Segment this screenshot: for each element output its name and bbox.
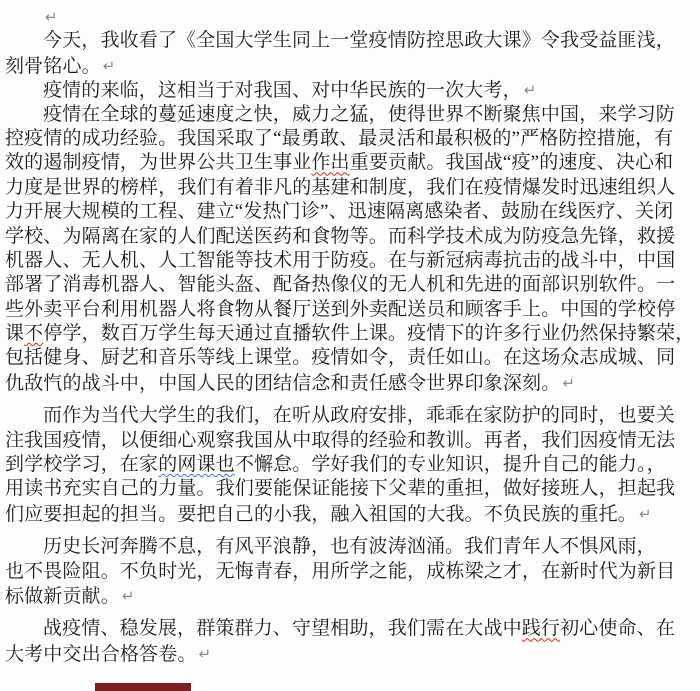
text-run: 刻骨铭心。 [5,56,101,77]
text-line: 到学校学习，在家的网课也不懈怠。学好我们的专业知识，提升自己的能力。， [5,453,695,477]
text-run: 停学，数百万学生每天通过直播软件上课。疫情下的许多行业仍然保持繁荣， [43,323,694,344]
text-run: 包括健身、厨艺和音乐等线上课堂。疫情如令，责任如山。在这场众志成城、同 [5,347,675,368]
text-run: 学校、为隔离在家的人们配送医药和食物等。而科学技术成为防疫急先锋，救援 [5,226,675,247]
text-run: 效的遏制疫情，为世界公共卫生事业 [5,152,311,173]
text-run: 而作为当代大学生的我们，在听从政府安排，乖乖在家防护的同时，也要关 [43,405,675,426]
text-line: 历史长河奔腾不息，有风平浪静，也有波涛汹涌。我们青年人不惧风雨， [5,535,695,559]
text-run: 大考中交出合格答卷。 [5,644,197,665]
text-line: 注我国疫情，以便细心观察我国从中取得的经验和教训。再者，我们因疫情无法 [5,429,695,453]
paragraph-mark-icon: ↵ [199,645,212,663]
text-run: 些外卖平台利用机器人将食物从餐厅送到外卖配送员和顾客手上。中国的学校停 [5,299,675,320]
text-run: 部署了消毒机器人、智能头盔、配备热像仪的无人机和先进的面部识别软件。一 [5,274,675,295]
paragraph-mark-icon: ↵ [639,505,652,523]
text-line: 战疫情、稳发展，群策群力、守望相助，我们需在大战中践行初心使命、在 [5,617,695,641]
text-run: 标做新贡献。 [5,586,120,607]
text-run: 不懈怠。学好我们的专业知识，提升自己的能力。， [235,454,666,475]
text-line: 大考中交出合格答卷。↵ [5,642,695,666]
text-line: 疫情在全球的蔓延速度之快，威力之猛，使得世界不断聚焦中国，来学习防 [5,103,695,127]
text-line: 今天，我收看了《全国大学生同上一堂疫情防控思政大课》令我受益匪浅， [5,29,695,53]
text-line: 刻骨铭心。↵ [5,54,695,78]
text-line: 们应要担起的担当。要把自己的小我，融入祖国的大我。不负民族的重托。↵ [5,502,695,526]
text-line: 学校、为隔离在家的人们配送医药和食物等。而科学技术成为防疫急先锋，救援 [5,225,695,249]
text-line: 而作为当代大学生的我们，在听从政府安排，乖乖在家防护的同时，也要关 [5,404,695,428]
text-run: 战疫情、稳发展，群策群力、守望相助，我们需在大战中 [43,618,522,639]
document-page: ↵今天，我收看了《全国大学生同上一堂疫情防控思政大课》令我受益匪浅，刻骨铭心。↵… [0,0,700,691]
text-run: 仇敌忾的战斗中，中国人民的团结信念和责任感令世界印象深刻。 [5,373,560,394]
redaction-bar [95,683,191,691]
text-line: 机器人、无人机、人工智能等技术用于防疫。在与新冠病毒抗击的战斗中，中国 [5,249,695,273]
paragraph-mark-icon: ↵ [562,374,575,392]
spellcheck-underline: 践行 [522,618,560,639]
text-run: 力开展大规模的工程、建立“发热门诊”、迅速隔离感染者、鼓励在线医疗、关闭 [5,201,673,222]
text-run: 机器人、无人机、人工智能等技术用于防疫。在与新冠病毒抗击的战斗中，中国 [5,250,675,271]
text-line: 效的遏制疫情，为世界公共卫生事业作出重要贡献。我国战“疫”的速度、决心和 [5,151,695,175]
text-run: 初心使命、在 [560,618,675,639]
text-run: 用读书充实自己的力量。我们要能保证能接下父辈的重担，做好接班人，担起我 [5,478,675,499]
text-line: 疫情的来临，这相当于对我国、对中华民族的一次大考，↵ [5,78,695,102]
text-line: 课不停学，数百万学生每天通过直播软件上课。疫情下的许多行业仍然保持繁荣， [5,322,695,346]
text-run: 力度是世界的榜样，我们有着非凡的基建和制度，我们在疫情爆发时迅速组织人 [5,177,675,198]
spellcheck-underline: 作出 [311,152,349,173]
text-line: 标做新贡献。↵ [5,584,695,608]
text-line: 仇敌忾的战斗中，中国人民的团结信念和责任感令世界印象深刻。↵ [5,371,695,395]
spellcheck-underline: 的网课也 [158,454,235,475]
text-line: 部署了消毒机器人、智能头盔、配备热像仪的无人机和先进的面部识别软件。一 [5,273,695,297]
text-run: 今天，我收看了《全国大学生同上一堂疫情防控思政大课》令我受益匪浅， [43,30,675,51]
document-body: ↵今天，我收看了《全国大学生同上一堂疫情防控思政大课》令我受益匪浅，刻骨铭心。↵… [5,5,695,666]
text-run: 到学校学习，在家 [5,454,158,475]
text-run: 控疫情的成功经验。我国采取了“最勇敢、最灵活和最积极的”严格防控措施，有 [5,128,673,149]
text-run: 课 [5,323,24,344]
text-line: 用读书充实自己的力量。我们要能保证能接下父辈的重担，做好接班人，担起我 [5,477,695,501]
text-run: 历史长河奔腾不息，有风平浪静，也有波涛汹涌。我们青年人不惧风雨， [43,536,656,557]
text-run: 注我国疫情，以便细心观察我国从中取得的经验和教训。再者，我们因疫情无法 [5,430,675,451]
text-line: 力度是世界的榜样，我们有着非凡的基建和制度，我们在疫情爆发时迅速组织人 [5,176,695,200]
text-run: 疫情在全球的蔓延速度之快，威力之猛，使得世界不断聚焦中国，来学习防 [43,104,675,125]
text-line: ↵ [5,5,695,29]
text-line: 些外卖平台利用机器人将食物从餐厅送到外卖配送员和顾客手上。中国的学校停 [5,298,695,322]
paragraph-mark-icon: ↵ [122,587,135,605]
text-line: 力开展大规模的工程、建立“发热门诊”、迅速隔离感染者、鼓励在线医疗、关闭 [5,200,695,224]
text-line: 包括健身、厨艺和音乐等线上课堂。疫情如令，责任如山。在这场众志成城、同 [5,346,695,370]
paragraph-mark-icon: ↵ [524,81,537,99]
text-run: 们应要担起的担当。要把自己的小我，融入祖国的大我。不负民族的重托。 [5,504,637,525]
text-line: 控疫情的成功经验。我国采取了“最勇敢、最灵活和最积极的”严格防控措施，有 [5,127,695,151]
paragraph-mark-icon: ↵ [45,8,58,26]
text-run: 也不畏险阻。不负时光，无悔青春，用所学之能，成栋梁之才，在新时代为新目 [5,561,675,582]
text-run: 疫情的来临，这相当于对我国、对中华民族的一次大考， [43,80,522,101]
text-line: 也不畏险阻。不负时光，无悔青春，用所学之能，成栋梁之才，在新时代为新目 [5,560,695,584]
spellcheck-underline: 不 [24,323,43,344]
text-run: 重要贡献。我国战“疫”的速度、决心和 [350,152,674,173]
paragraph-mark-icon: ↵ [103,57,116,75]
